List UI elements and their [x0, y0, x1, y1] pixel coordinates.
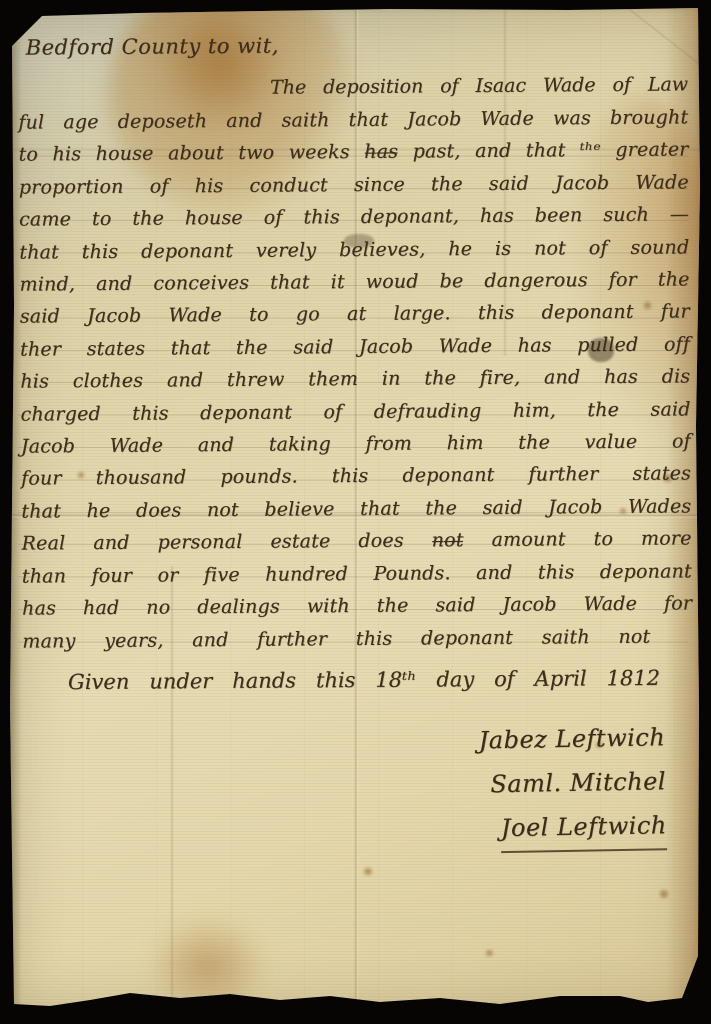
- handwritten-line: Jacob Wade and taking from him the value…: [21, 425, 691, 463]
- stain-bottom-center: [148, 916, 268, 1016]
- handwritten-line: ful age deposeth and saith that Jacob Wa…: [18, 101, 688, 139]
- handwritten-line: came to the house of this deponant, has …: [19, 199, 689, 237]
- handwritten-line: ther states that the said Jacob Wade has…: [20, 328, 690, 366]
- signature-joel-leftwich: Joel Leftwich: [346, 803, 667, 856]
- signature-jabez-leftwich: Jabez Leftwich: [345, 715, 666, 765]
- handwritten-line: has had no dealings with the said Jacob …: [22, 587, 692, 625]
- handwritten-line: that he does not believe that the said J…: [21, 490, 691, 528]
- county-heading: Bedford County to wit,: [18, 21, 688, 68]
- handwritten-line: mind, and conceives that it woud be dang…: [19, 263, 689, 301]
- handwritten-line: said Jacob Wade to go at large. this dep…: [20, 296, 690, 334]
- fox-spot: [486, 950, 493, 956]
- signature-block: Jabez Leftwich Saml. Mitchel Joel Leftwi…: [345, 715, 667, 856]
- deposition-opening-line: The deposition of Isaac Wade of Law: [270, 67, 688, 104]
- handwritten-line: charged this deponant of defrauding him,…: [20, 393, 690, 431]
- handwritten-line: Real and personal estate does n̶o̶t̶ amo…: [21, 523, 691, 561]
- handwritten-line: that this deponant verely believes, he i…: [19, 231, 689, 269]
- handwritten-line: than four or five hundred Pounds. and th…: [22, 555, 692, 593]
- handwritten-line: proportion of his conduct since the said…: [19, 166, 689, 204]
- handwritten-text: Bedford County to wit, The deposition of…: [18, 21, 693, 657]
- handwritten-line: his clothes and threw them in the fire, …: [20, 361, 690, 399]
- deposition-paper: Bedford County to wit, The deposition of…: [8, 6, 700, 1016]
- handwritten-line: many years, and further this deponant sa…: [22, 620, 650, 657]
- dateline: Given under hands this 18ᵗʰ day of April…: [68, 658, 660, 702]
- handwritten-line: to his house about two weeks h̶a̶s̶ past…: [18, 134, 688, 172]
- handwritten-line: four thousand pounds. this deponant furt…: [21, 458, 691, 496]
- fox-spot: [364, 868, 372, 875]
- document-scan: Bedford County to wit, The deposition of…: [0, 0, 711, 1024]
- signature-saml-mitchel: Saml. Mitchel: [346, 759, 667, 809]
